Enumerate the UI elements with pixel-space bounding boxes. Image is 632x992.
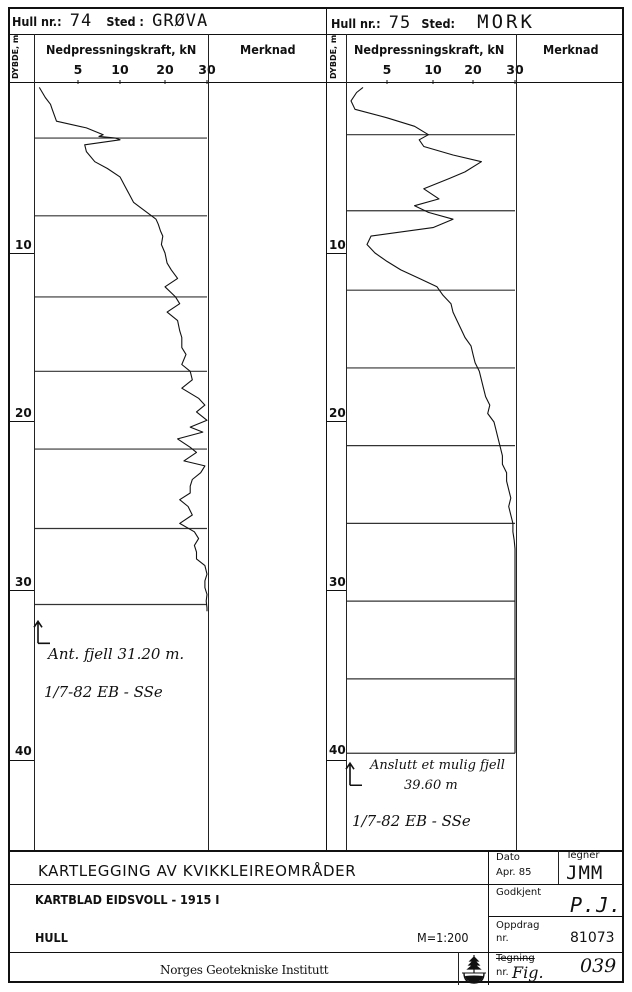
institute-name: Norges Geotekniske Institutt	[160, 963, 328, 977]
scale: M=1:200	[417, 930, 469, 945]
force-trace	[351, 87, 515, 753]
map-sheet: KARTBLAD EIDSVOLL - 1915 I	[35, 892, 219, 907]
drawing-type: HULL	[35, 930, 68, 945]
force-trace	[39, 87, 207, 611]
oppdrag-label: Oppdrag	[496, 920, 540, 931]
force-depth-plots	[0, 0, 632, 992]
godkjent-signature: P.J.	[570, 893, 622, 917]
bedrock-arrow-icon	[34, 621, 50, 643]
title-block-top	[8, 850, 624, 852]
bedrock-arrow-icon	[346, 763, 362, 785]
ngi-tree-logo-icon	[461, 953, 487, 985]
godkjent-label: Godkjent	[496, 887, 541, 898]
logo-divider	[458, 952, 459, 985]
dato-label: Dato	[496, 852, 520, 863]
tegner-value: JMM	[566, 862, 603, 884]
dato-value: Apr. 85	[496, 867, 531, 878]
title-block-row1	[8, 884, 624, 885]
oppdrag-nr-label: nr.	[496, 933, 509, 944]
tegning-number: 039	[580, 955, 616, 977]
dato-tegner-divider	[558, 850, 559, 884]
oppdrag-number: 81073	[570, 930, 615, 946]
project-title: KARTLEGGING AV KVIKKLEIREOMRÅDER	[38, 862, 356, 880]
title-block-right-divider	[488, 850, 489, 985]
tegner-label: Tegner	[566, 850, 600, 861]
tegning-nr-label: nr.	[496, 967, 509, 978]
tegning-fig-prefix: Fig.	[512, 963, 544, 982]
